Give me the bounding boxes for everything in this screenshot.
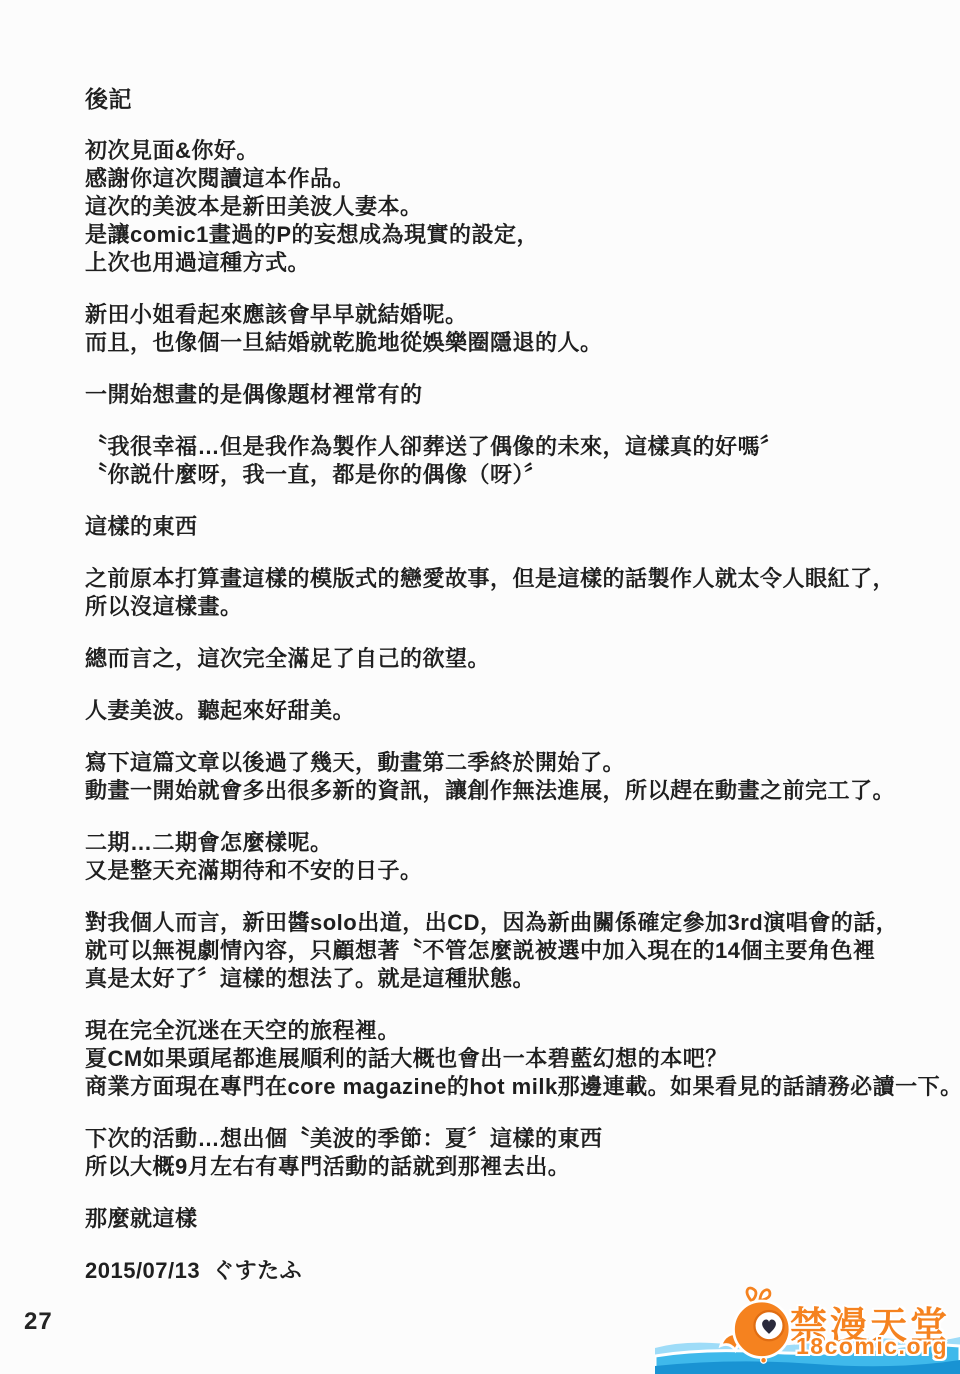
text-line: 商業方面現在專門在core magazine的hot milk那邊連載。如果看見… — [85, 1073, 945, 1101]
text-line: 動畫一開始就會多出很多新的資訊，讓創作無法進展，所以趕在動畫之前完工了。 — [85, 777, 945, 805]
paragraph: 人妻美波。聽起來好甜美。 — [85, 697, 945, 725]
publish-date: 2015/07/13 — [85, 1257, 200, 1285]
paragraph: 之前原本打算畫這樣的模版式的戀愛故事，但是這樣的話製作人就太令人眼紅了，所以沒這… — [85, 565, 945, 621]
text-line: 就可以無視劇情內容，只顧想著〝不管怎麼説被選中加入現在的14個主要角色裡 — [85, 937, 945, 965]
text-line: 那麼就這樣 — [85, 1205, 945, 1233]
paragraph: 一開始想畫的是偶像題材裡常有的 — [85, 381, 945, 409]
text-line: 所以沒這樣畫。 — [85, 593, 945, 621]
text-line: 新田小姐看起來應該會早早就結婚呢。 — [85, 301, 945, 329]
text-line: 下次的活動…想出個〝美波的季節：夏〞這樣的東西 — [85, 1125, 945, 1153]
paragraph: 寫下這篇文章以後過了幾天，動畫第二季終於開始了。動畫一開始就會多出很多新的資訊，… — [85, 749, 945, 805]
text-line: 又是整天充滿期待和不安的日子。 — [85, 857, 945, 885]
text-line: 總而言之，這次完全滿足了自己的欲望。 — [85, 645, 945, 673]
text-line: 感謝你這次閱讀這本作品。 — [85, 165, 945, 193]
text-line: 這樣的東西 — [85, 513, 945, 541]
paragraph: 現在完全沉迷在天空的旅程裡。夏CM如果頭尾都進展順利的話大概也會出一本碧藍幻想的… — [85, 1017, 945, 1101]
text-line: 上次也用過這種方式。 — [85, 249, 945, 277]
text-line: 而且，也像個一旦結婚就乾脆地從娛樂圈隱退的人。 — [85, 329, 945, 357]
text-line: 一開始想畫的是偶像題材裡常有的 — [85, 381, 945, 409]
text-line: 寫下這篇文章以後過了幾天，動畫第二季終於開始了。 — [85, 749, 945, 777]
paragraph: 新田小姐看起來應該會早早就結婚呢。而且，也像個一旦結婚就乾脆地從娛樂圈隱退的人。 — [85, 301, 945, 357]
page-title-block: 後記 — [85, 85, 945, 113]
text-line: 這次的美波本是新田美波人妻本。 — [85, 193, 945, 221]
author-name: ぐすたふ — [212, 1257, 302, 1285]
whale-spout-icon — [747, 1288, 756, 1300]
paragraph: 總而言之，這次完全滿足了自己的欲望。 — [85, 645, 945, 673]
whale-mascot-icon — [718, 1281, 800, 1373]
paragraph: 這樣的東西 — [85, 513, 945, 541]
page-title: 後記 — [85, 85, 945, 113]
paragraph: 那麼就這樣 — [85, 1205, 945, 1233]
text-line: 對我個人而言，新田醬solo出道，出CD，因為新曲關係確定參加3rd演唱會的話， — [85, 909, 945, 937]
text-line: 〝我很幸福…但是我作為製作人卻葬送了偶像的未來，這樣真的好嗎〞 — [85, 433, 945, 461]
text-line: 真是太好了〞這樣的想法了。就是這種狀態。 — [85, 965, 945, 993]
paragraph: 下次的活動…想出個〝美波的季節：夏〞這樣的東西所以大概9月左右有專門活動的話就到… — [85, 1125, 945, 1181]
text-line: 人妻美波。聽起來好甜美。 — [85, 697, 945, 725]
paragraph: 〝我很幸福…但是我作為製作人卻葬送了偶像的未來，這樣真的好嗎〞〝你説什麼呀，我一… — [85, 433, 945, 489]
text-line: 現在完全沉迷在天空的旅程裡。 — [85, 1017, 945, 1045]
paragraph: 對我個人而言，新田醬solo出道，出CD，因為新曲關係確定參加3rd演唱會的話，… — [85, 909, 945, 993]
text-line: 〝你説什麼呀，我一直，都是你的偶像（呀）〞 — [85, 461, 945, 489]
text-line: 是讓comic1畫過的P的妄想成為現實的設定， — [85, 221, 945, 249]
afterword-paragraphs: 初次見面&你好。感謝你這次閱讀這本作品。這次的美波本是新田美波人妻本。是讓com… — [85, 137, 945, 1233]
whale-mouth-drop — [761, 1357, 767, 1363]
text-line: 二期…二期會怎麼樣呢。 — [85, 829, 945, 857]
text-line: 夏CM如果頭尾都進展順利的話大概也會出一本碧藍幻想的本吧？ — [85, 1045, 945, 1073]
text-line: 之前原本打算畫這樣的模版式的戀愛故事，但是這樣的話製作人就太令人眼紅了， — [85, 565, 945, 593]
whale-spout-icon — [760, 1290, 770, 1300]
paragraph: 二期…二期會怎麼樣呢。又是整天充滿期待和不安的日子。 — [85, 829, 945, 885]
watermark-site-url: 18comic.org — [796, 1333, 948, 1360]
afterword-page: 後記 初次見面&你好。感謝你這次閱讀這本作品。這次的美波本是新田美波人妻本。是讓… — [85, 85, 945, 1309]
watermark: 禁漫天堂 18comic.org — [650, 1279, 960, 1374]
text-line: 初次見面&你好。 — [85, 137, 945, 165]
paragraph: 初次見面&你好。感謝你這次閱讀這本作品。這次的美波本是新田美波人妻本。是讓com… — [85, 137, 945, 277]
page-number: 27 — [24, 1308, 53, 1336]
text-line: 所以大概9月左右有專門活動的話就到那裡去出。 — [85, 1153, 945, 1181]
